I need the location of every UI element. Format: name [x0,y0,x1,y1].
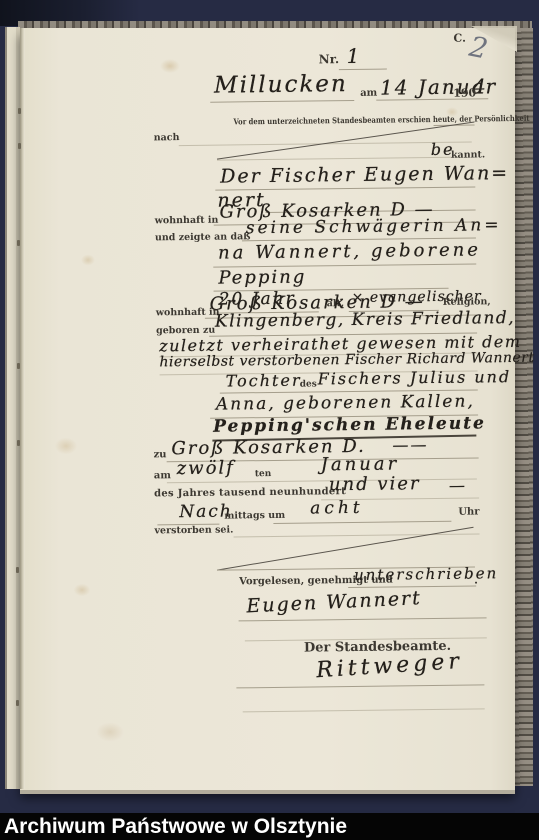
death-month: Januar [321,453,400,475]
parents-line3: Pepping'schen Eheleute [213,413,486,436]
death-year-dash: — [449,476,467,495]
pencil-page-number: 2 [467,30,493,66]
archive-scan: { "colors":{"background":"#262b44","page… [0,0,539,840]
binding-stitch [17,440,20,446]
binding-stitch [16,567,19,573]
parents-line1: Fischers Julius und [318,367,512,388]
death-year: und vier [329,473,421,495]
tochter-handwritten: Tochter [226,371,302,391]
des-label: des [300,379,317,389]
mittags-label: mittags um [224,510,285,522]
parents-line2: Anna, geborenen Kallen, [216,391,475,414]
register-page: C. 2 Nr. 1 Millucken am 14 Januar 190 4 … [20,28,515,790]
binding-stitch [18,108,21,114]
death-day: zwölf [177,457,235,479]
report-line2: na Wannert, geborene [218,239,481,263]
death-place-dash: —— [392,435,428,454]
death-hour: acht [310,498,364,519]
wohnhaft-label: wohnhaft in [155,215,219,227]
verstorben-label: verstorben sei. [154,524,233,536]
nach-label: nach [154,132,180,143]
nr-label: Nr. [319,52,340,66]
birthplace: Klingenberg, Kreis Friedland, [215,308,515,332]
uhr-label: Uhr [458,506,479,517]
binding-stitch [16,700,19,706]
year-label: des Jahres tausend neunhundert [154,486,346,499]
form-letter: C. [453,32,466,45]
ten-label: ten [255,469,272,479]
binding-stitch [18,143,21,149]
religion-label: Religion, [443,296,491,308]
declarant-signature: Eugen Wannert [246,587,422,617]
report-line1: seine Schwägerin An= [246,215,502,238]
death-am-label: am [154,470,171,481]
archive-name: Archiwum Państwowe w Olsztynie [4,815,347,839]
zu-label: zu [153,449,166,460]
am-label: am [360,88,377,99]
year-digit: 4 [473,74,488,98]
declarant-line1: Der Fischer Eugen Wan= [220,162,509,188]
report-line3: Pepping [218,267,306,289]
intro-line: Vor dem unterzeichneten Standesbeamten e… [233,113,529,127]
geboren-label: geboren zu [156,325,215,337]
nr-value: 1 [347,44,362,68]
kannt-label: kannt. [451,149,485,160]
binding-stitch [17,363,20,369]
binding-seam [20,28,25,789]
death-record-form: C. 2 Nr. 1 Millucken am 14 Januar 190 4 … [15,25,519,793]
binding-stitch [17,240,20,246]
registry-place: Millucken [214,71,348,99]
